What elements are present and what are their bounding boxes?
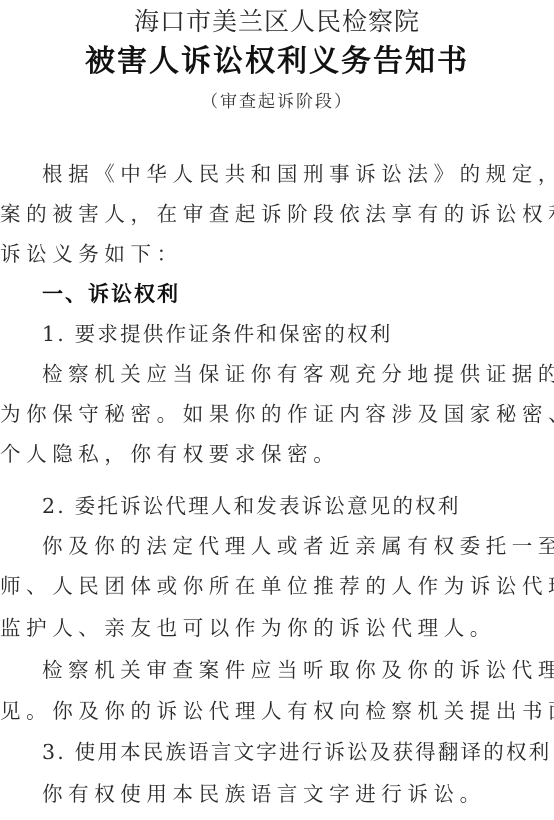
document-page: 海口市美兰区人民检察院 被害人诉讼权利义务告知书 （审查起诉阶段） 根据《中华人…	[0, 0, 554, 820]
item-1-para-1-line-2: 为你保守秘密。如果你的作证内容涉及国家秘密、商业秘密、	[0, 400, 554, 428]
item-2-para-1-line-3: 监护人、亲友也可以作为你的诉讼代理人。	[0, 614, 554, 642]
item-1-para-1-line-3: 个人隐私，你有权要求保密。	[0, 440, 554, 468]
item-1-title: 1. 要求提供作证条件和保密的权利	[42, 320, 554, 348]
organization-name: 海口市美兰区人民检察院	[0, 6, 554, 38]
item-3-title: 3. 使用本民族语言文字进行诉讼及获得翻译的权利	[42, 738, 554, 766]
section-heading-rights: 一、诉讼权利	[42, 280, 554, 308]
intro-line-3: 诉讼义务如下：	[0, 240, 554, 268]
item-2-para-1-line-1: 你及你的法定代理人或者近亲属有权委托一至二名律	[42, 532, 554, 560]
document-title: 被害人诉讼权利义务告知书	[0, 42, 554, 82]
intro-line-2: 案的被害人，在审查起诉阶段依法享有的诉讼权利和承担的	[0, 200, 554, 228]
item-2-para-2-line-2: 见。你及你的诉讼代理人有权向检察机关提出书面意见。	[0, 697, 554, 725]
item-1-para-1-line-1: 检察机关应当保证你有客观充分地提供证据的条件，并	[42, 360, 554, 388]
document-subtitle: （审查起诉阶段）	[0, 90, 554, 114]
item-2-title: 2. 委托诉讼代理人和发表诉讼意见的权利	[42, 492, 554, 520]
item-3-para-1-line-1: 你有权使用本民族语言文字进行诉讼。	[42, 780, 554, 808]
item-2-para-2-line-1: 检察机关审查案件应当听取你及你的诉讼代理人的意	[42, 656, 554, 684]
intro-line-1: 根据《中华人民共和国刑事诉讼法》的规定，你作为本	[42, 160, 554, 188]
item-2-para-1-line-2: 师、人民团体或你所在单位推荐的人作为诉讼代理人，你的	[0, 572, 554, 600]
